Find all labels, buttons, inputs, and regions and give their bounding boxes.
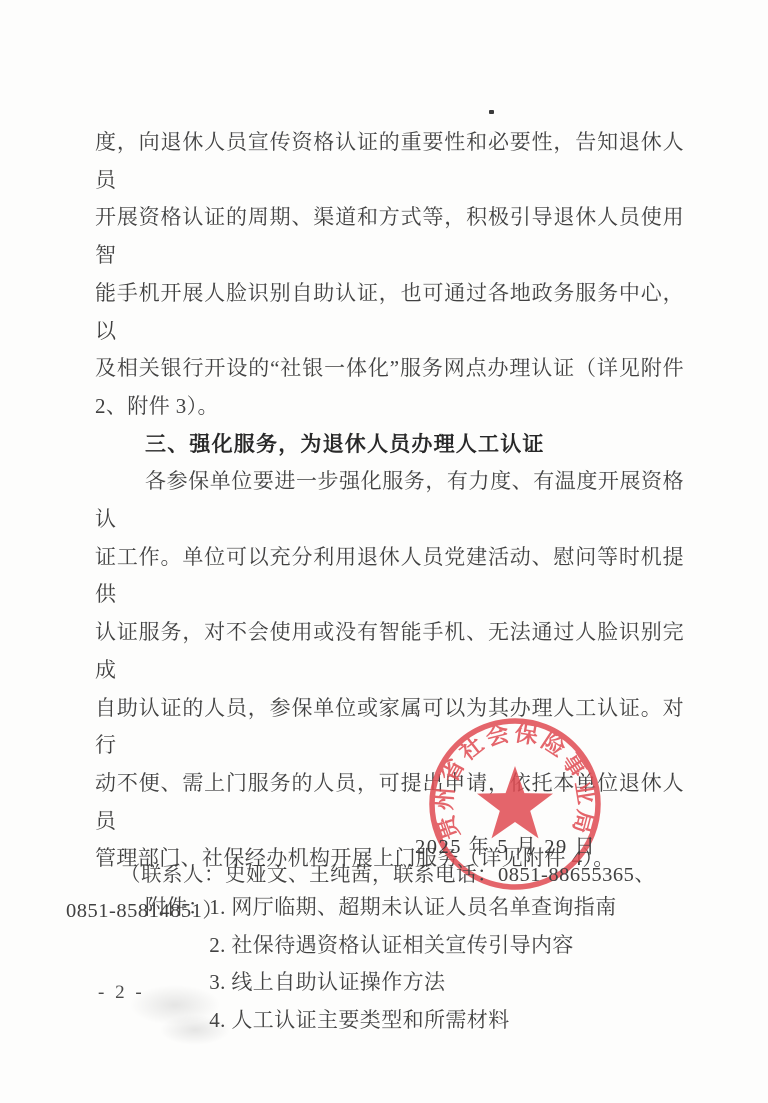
attachment-item: 2. 社保待遇资格认证相关宣传引导内容: [209, 927, 684, 965]
paragraph1-line: 开展资格认证的周期、渠道和方式等，积极引导退休人员使用智: [95, 199, 684, 274]
section3-line: 认证服务，对不会使用或没有智能手机、无法通过人脸识别完成: [95, 614, 684, 689]
contact-line: 0851-85814851）: [66, 893, 716, 929]
attachment-item: 3. 线上自助认证操作方法: [209, 964, 684, 1002]
paragraph1-line: 及相关银行开设的“社银一体化”服务网点办理认证（详见附件: [95, 350, 684, 388]
paragraph1-line: 能手机开展人脸识别自助认证，也可通过各地政务服务中心，以: [95, 275, 684, 350]
contact-note: （联系人：史娅文、王纯茜，联系电话：0851-88655365、 0851-85…: [66, 857, 716, 929]
section-heading: 三、强化服务，为退休人员办理人工认证: [95, 426, 684, 464]
scan-smudge: [160, 1015, 230, 1045]
paragraph1-line: 度，向退休人员宣传资格认证的重要性和必要性，告知退休人员: [95, 124, 684, 199]
section3-line: 各参保单位要进一步强化服务，有力度、有温度开展资格认: [95, 463, 684, 538]
attachment-item: 4. 人工认证主要类型和所需材料: [209, 1002, 684, 1040]
star-icon: [477, 766, 553, 838]
section3-line: 证工作。单位可以充分利用退休人员党建活动、慰问等时机提供: [95, 539, 684, 614]
contact-line: （联系人：史娅文、王纯茜，联系电话：0851-88655365、: [66, 857, 716, 893]
paragraph1-line: 2、附件 3）。: [95, 388, 684, 426]
document-date: 2025 年 5 月 29 日: [415, 829, 596, 859]
scan-dot-artifact: [489, 110, 494, 114]
document-page: 度，向退休人员宣传资格认证的重要性和必要性，告知退休人员 开展资格认证的周期、渠…: [0, 0, 768, 1103]
